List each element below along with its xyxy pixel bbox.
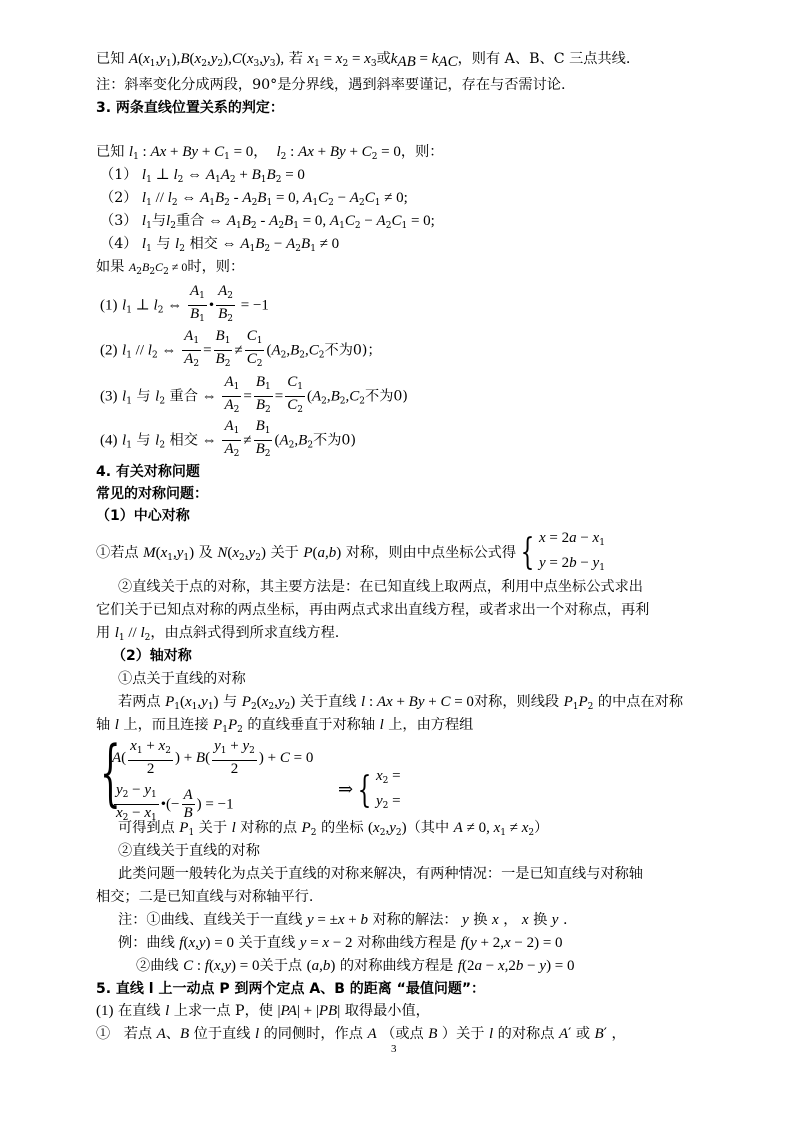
text: 时，则： xyxy=(187,259,244,275)
min-distance-problem: (1) 在直线 l 上求一点 P，使 |PA| + |PB| 取得最小值， xyxy=(96,1002,430,1020)
common-symmetry-heading: 常见的对称问题： xyxy=(96,485,208,503)
same-side-case: ① 若点 A、B 位于直线 l 的同侧时，作点 A （或点 B ）关于 l 的对… xyxy=(96,1025,626,1043)
section-3-heading: 3. 两条直线位置关系的判定： xyxy=(96,99,284,117)
text: 用 xyxy=(96,625,115,641)
axis-symmetry-heading: （2）轴对称 xyxy=(112,647,192,665)
point-line-symmetry-desc-2: 轴 l 上，而且连接 P1P2 的直线垂直于对称轴 l 上，由方程组 xyxy=(96,716,473,739)
condition-4: （4） l1 与 l2 相交 ⇔ A1B2 − A2B1 ≠ 0 xyxy=(100,235,339,258)
formula-2: (2) l1 // l2 ⇔ A1A2=B1B2≠C1C2(A2,B2,C2不为… xyxy=(100,328,382,376)
slope-note: 注：斜率变化分成两段，90°是分界线，遇到斜率要谨记，存在与否需讨论. xyxy=(96,76,565,94)
line-point-symmetry-b: 它们关于已知点对称的两点坐标，再由两点式求出直线方程，或者求出一个对称点，再利 xyxy=(96,601,649,619)
condition-2: （2） l1 // l2 ⇔ A1B2 - A2B1 = 0, A1C2 − A… xyxy=(100,189,408,212)
line-point-symmetry-c: 用 l1 // l2，由点斜式得到所求直线方程. xyxy=(96,624,339,647)
page-number: 3 xyxy=(391,1043,397,1055)
label: （4） xyxy=(100,236,137,252)
line-line-symmetry-desc: 此类问题一般转化为点关于直线的对称来解决，有两种情况：一是已知直线与对称轴 xyxy=(118,865,643,883)
formula-3: (3) l1 与 l2 重合 ⇔ A1A2=B1B2=C1C2(A2,B2,C2… xyxy=(100,374,408,422)
condition-3: （3） l1与l2重合 ⇔ A1B2 - A2B1 = 0, A1C2 − A2… xyxy=(100,212,435,235)
label: (2) xyxy=(100,343,118,359)
line-line-symmetry-desc-2: 相交；二是已知直线与对称轴平行. xyxy=(96,888,313,906)
collinear-condition: 已知 A(x1,y1),B(x2,y2),C(x3,y3), 若 x1 = x2… xyxy=(96,50,630,73)
system-result: ⇒{x2 =y2 = xyxy=(338,766,401,816)
text: 如果 xyxy=(96,259,129,275)
formula-4: (4) l1 与 l2 相交 ⇔ A1A2≠B1B2(A2,B2不为0) xyxy=(100,418,356,466)
label: (4) xyxy=(100,433,118,449)
label: (3) xyxy=(100,389,118,405)
text: 已知 xyxy=(96,51,129,67)
point-line-symmetry-desc: 若两点 P1(x1,y1) 与 P2(x2,y2) 关于直线 l : Ax + … xyxy=(118,693,683,716)
if-nonzero: 如果 A2B2C2 ≠ 0时，则： xyxy=(96,258,244,281)
text: ，则： xyxy=(401,144,444,160)
note-curve-point-symmetry: ②曲线 C : f(x,y) = 0关于点 (a,b) 的对称曲线方程是 f(2… xyxy=(136,957,575,975)
system-equation-1: A(x1 + x22) + B(y1 + y22) + C = 0 xyxy=(112,738,313,778)
text: 已知 xyxy=(96,144,129,160)
section-4-heading: 4. 有关对称问题 xyxy=(96,463,200,481)
formula-1: (1) l1 ⊥ l2 ⇔ A1B1•A2B2 = −1 xyxy=(100,283,269,331)
label: （2） xyxy=(100,190,137,206)
condition-1: （1） l1 ⊥ l2 ⇔ A1A2 + B1B2 = 0 xyxy=(100,166,305,189)
point-line-symmetry-title: ①点关于直线的对称 xyxy=(118,670,246,688)
line-line-symmetry-title: ②直线关于直线的对称 xyxy=(118,842,260,860)
given-lines: 已知 l1 : Ax + By + C1 = 0， l2 : Ax + By +… xyxy=(96,143,443,166)
example-curve: 例：曲线 f(x,y) = 0 关于直线 y = x − 2 对称曲线方程是 f… xyxy=(118,934,563,952)
symmetric-point-result: 可得到点 P1 关于 l 对称的点 P2 的坐标 (x2,y2)（其中 A ≠ … xyxy=(118,819,548,842)
section-5-heading: 5. 直线 l 上一动点 P 到两个定点 A、B 的距离 “最值问题”： xyxy=(96,980,485,998)
text: ，由点斜式得到所求直线方程. xyxy=(150,625,339,641)
label: （3） xyxy=(100,213,137,229)
text: ，则有 A、B、C 三点共线. xyxy=(458,51,631,67)
label: （1） xyxy=(100,167,137,183)
central-symmetry-heading: （1）中心对称 xyxy=(96,507,190,525)
line-point-symmetry-a: ②直线关于点的对称，其主要方法是：在已知直线上取两点，利用中点坐标公式求出 xyxy=(118,578,643,596)
note-curve-symmetry: 注：①曲线、直线关于一直线 y = ±x + b 对称的解法： y 换 x ， … xyxy=(118,911,568,929)
label: (1) xyxy=(100,298,118,314)
central-symmetry-point: ①若点 M(x1,y1) 及 N(x2,y2) 关于 P(a,b) 对称，则由中… xyxy=(96,528,605,580)
